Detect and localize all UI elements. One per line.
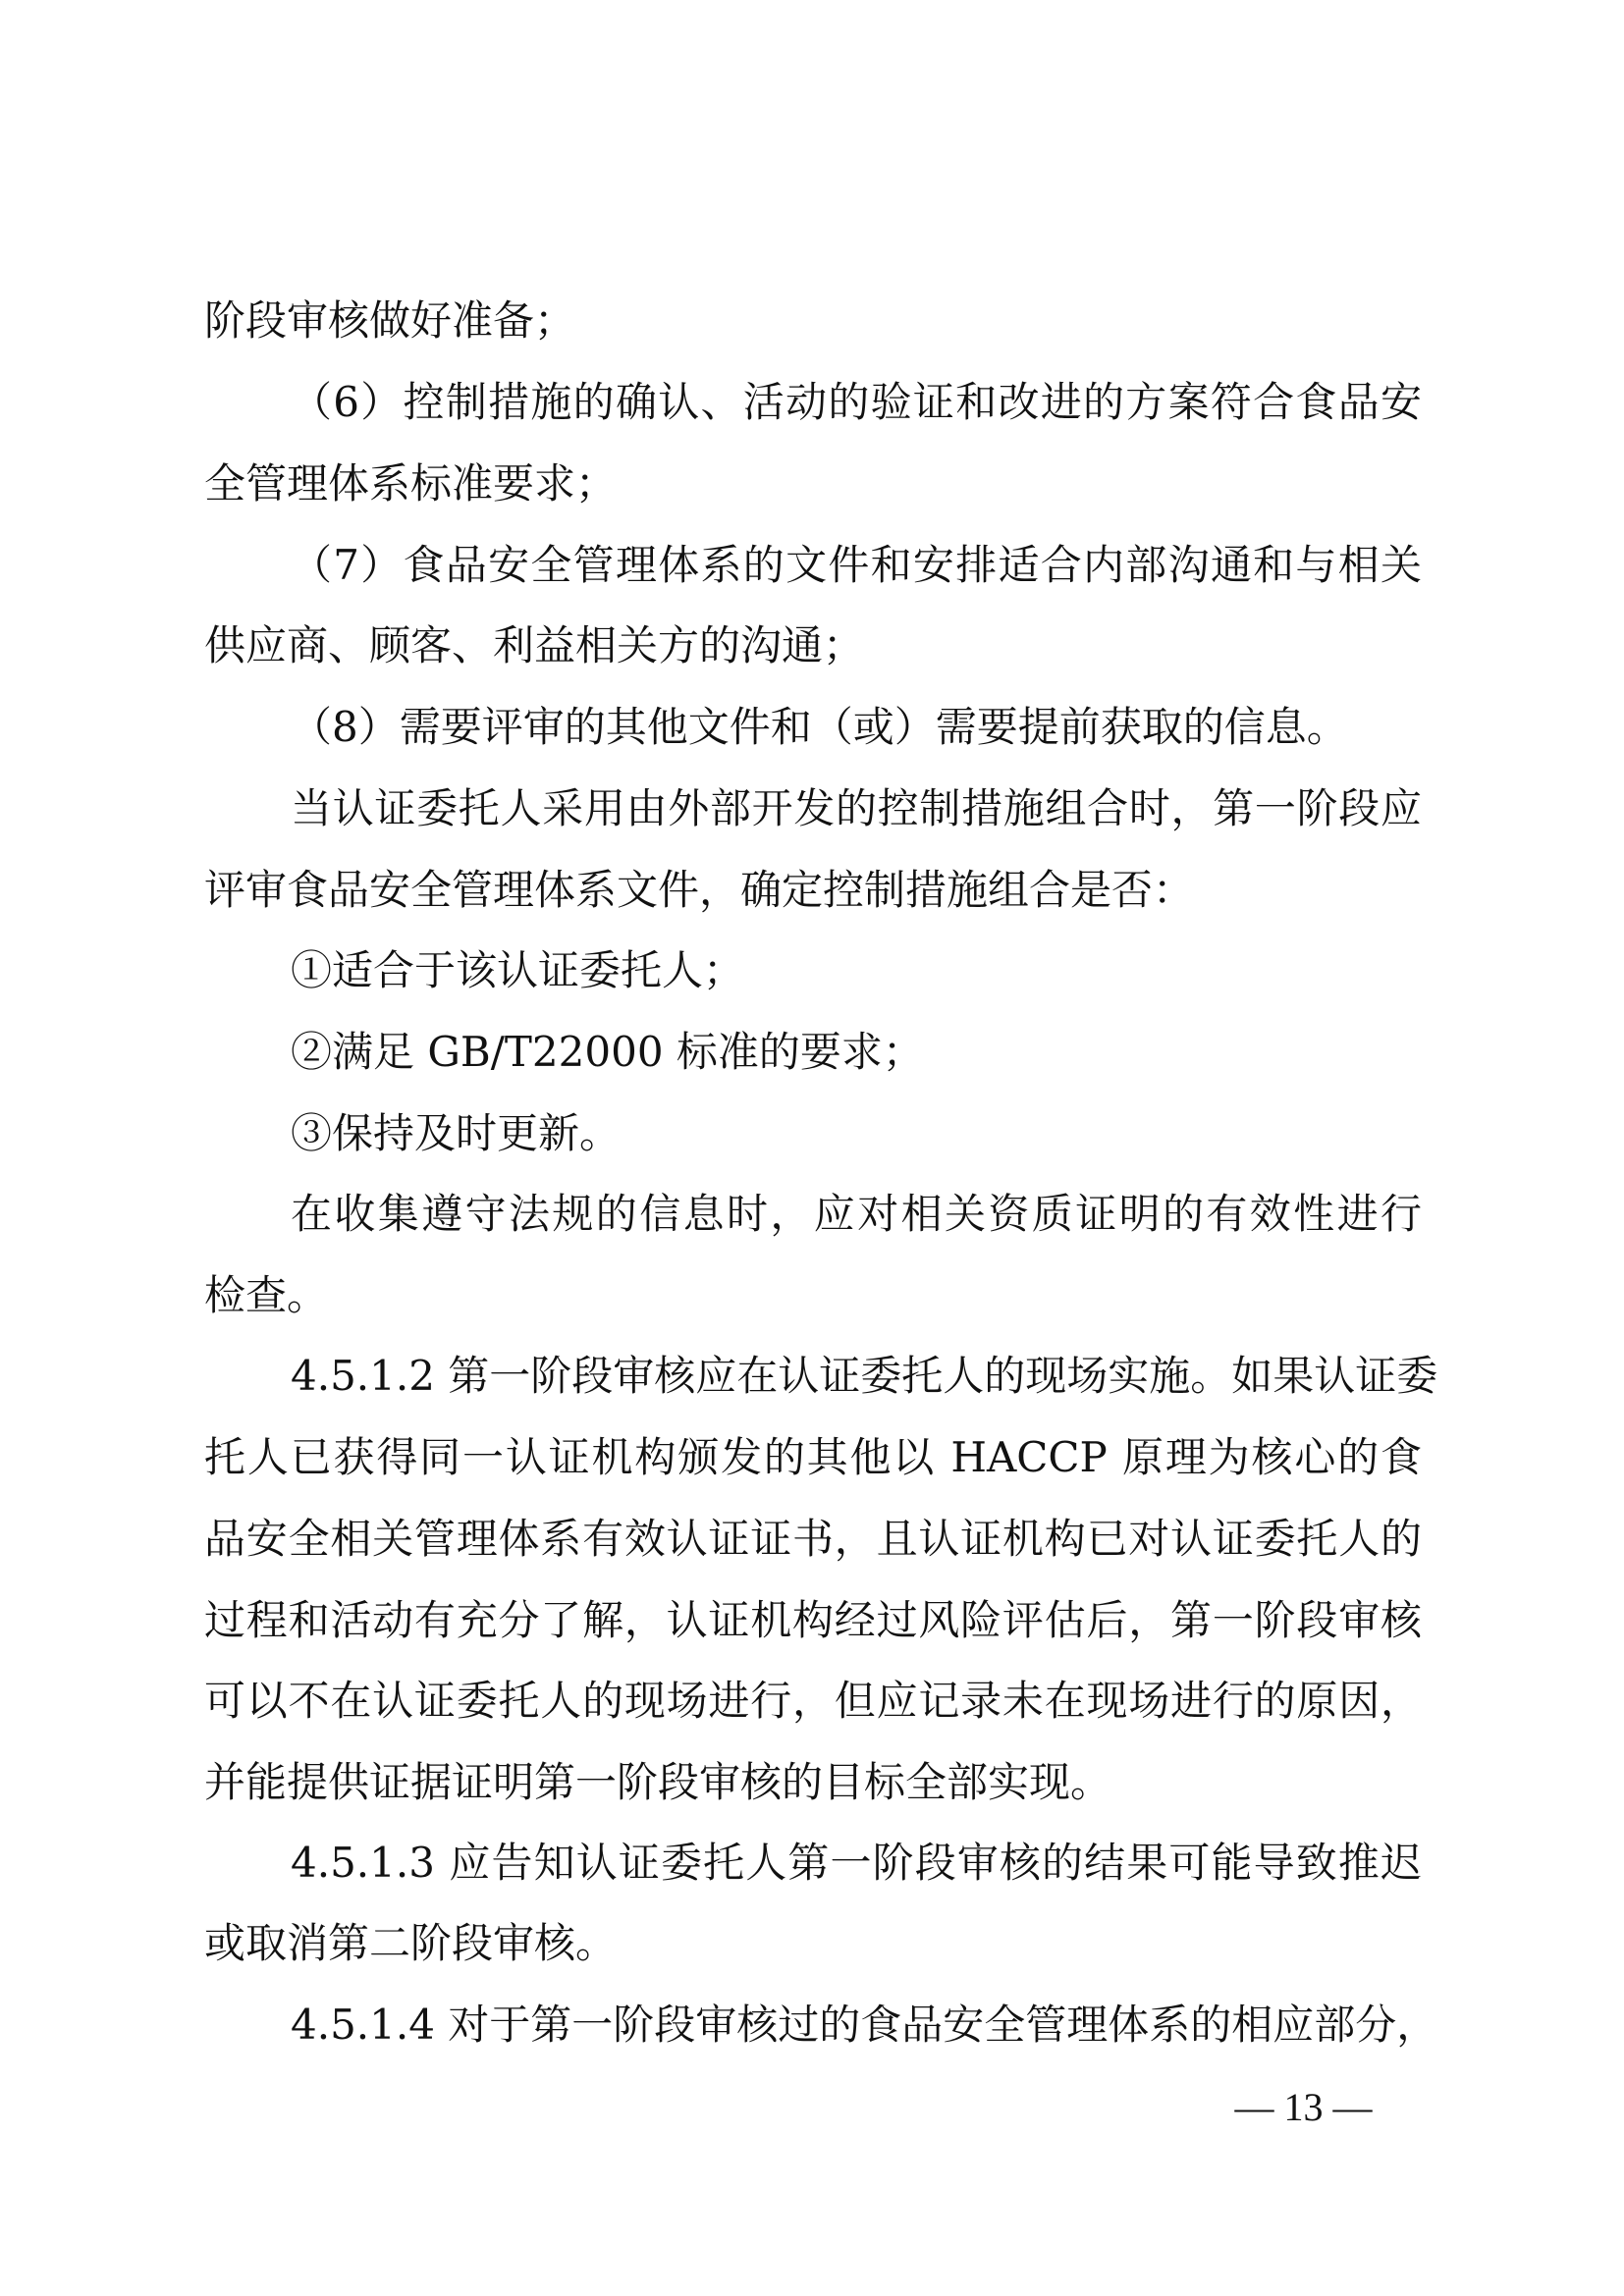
document-page: 阶段审核做好准备； （6）控制措施的确认、活动的验证和改进的方案符合食品安 全管… bbox=[0, 0, 1624, 2296]
sub-item-3: ③保持及时更新。 bbox=[204, 1104, 1422, 1163]
paragraph-start: 在收集遵守法规的信息时，应对相关资质证明的有效性进行 bbox=[204, 1185, 1422, 1244]
list-item-7: （7）食品安全管理体系的文件和安排适合内部沟通和与相关 bbox=[204, 536, 1422, 595]
clause-4-5-1-3: 4.5.1.3 应告知认证委托人第一阶段审核的结果可能导致推迟 bbox=[204, 1834, 1422, 1893]
text-line: 阶段审核做好准备； bbox=[204, 292, 1422, 350]
list-item-8: （8）需要评审的其他文件和（或）需要提前获取的信息。 bbox=[204, 698, 1422, 757]
text-line: 评审食品安全管理体系文件，确定控制措施组合是否： bbox=[204, 861, 1422, 920]
text-line: 可以不在认证委托人的现场进行，但应记录未在现场进行的原因， bbox=[204, 1672, 1422, 1731]
text-line: 品安全相关管理体系有效认证证书，且认证机构已对认证委托人的 bbox=[204, 1510, 1422, 1569]
sub-item-2: ②满足 GB/T22000 标准的要求； bbox=[204, 1023, 1422, 1082]
text-line: 托人已获得同一认证机构颁发的其他以 HACCP 原理为核心的食 bbox=[204, 1428, 1422, 1487]
list-item-6: （6）控制措施的确认、活动的验证和改进的方案符合食品安 bbox=[204, 373, 1422, 432]
sub-item-1: ①适合于该认证委托人； bbox=[204, 941, 1422, 1000]
text-line: 或取消第二阶段审核。 bbox=[204, 1914, 1422, 1973]
text-line: 检查。 bbox=[204, 1266, 1422, 1325]
paragraph-start: 当认证委托人采用由外部开发的控制措施组合时，第一阶段应 bbox=[204, 779, 1422, 838]
clause-4-5-1-4: 4.5.1.4 对于第一阶段审核过的食品安全管理体系的相应部分， bbox=[204, 1996, 1422, 2055]
clause-4-5-1-2: 4.5.1.2 第一阶段审核应在认证委托人的现场实施。如果认证委 bbox=[204, 1347, 1422, 1406]
text-line: 过程和活动有充分了解，认证机构经过风险评估后，第一阶段审核 bbox=[204, 1591, 1422, 1650]
page-number: — 13 — bbox=[1222, 2081, 1384, 2134]
text-line: 全管理体系标准要求； bbox=[204, 454, 1422, 513]
text-line: 供应商、顾客、利益相关方的沟通； bbox=[204, 616, 1422, 675]
text-line: 并能提供证据证明第一阶段审核的目标全部实现。 bbox=[204, 1753, 1422, 1812]
